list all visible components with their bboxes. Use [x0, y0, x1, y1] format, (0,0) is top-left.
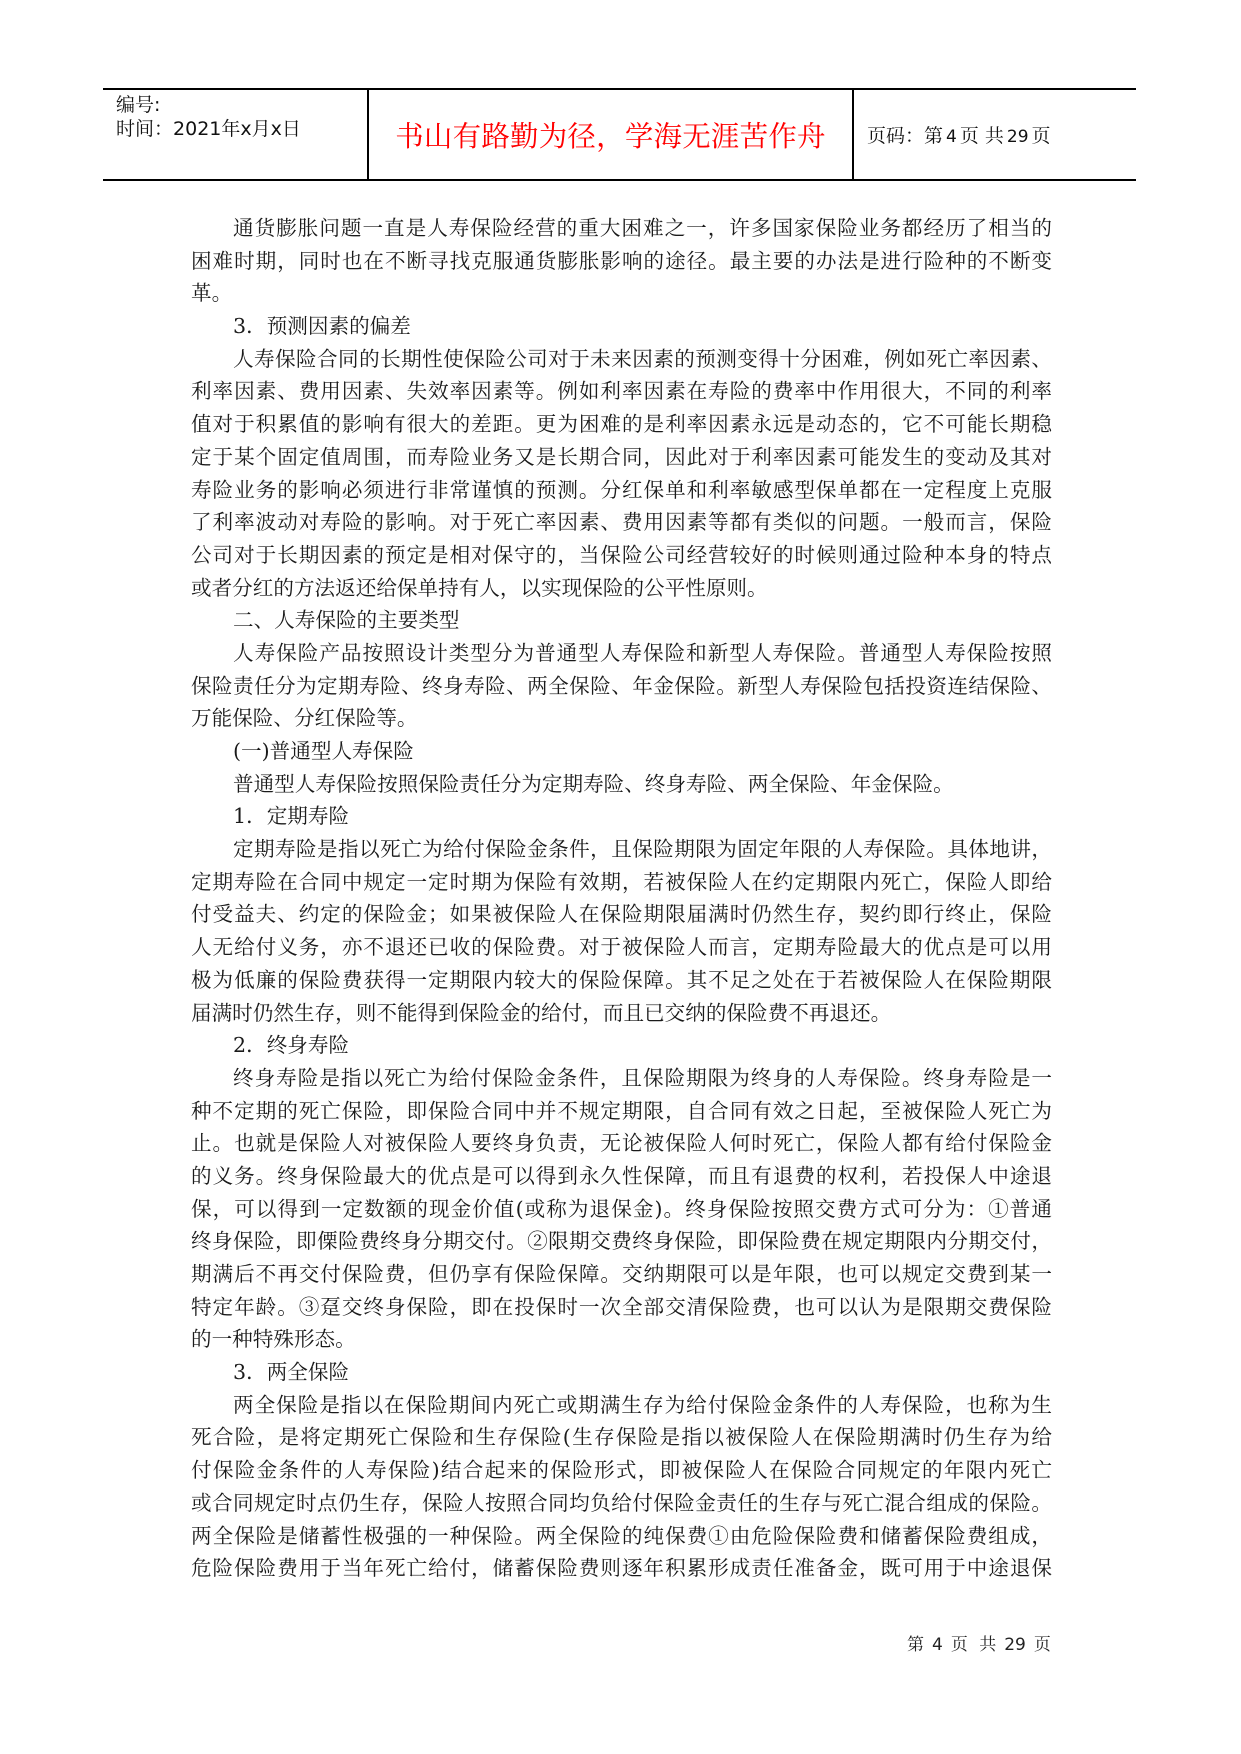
text-line: 极为低廉的保险费获得一定期限内较大的保险保障。其不足之处在于若被保险人在保险期限	[191, 964, 1052, 997]
footer-mid: 页 共	[947, 1635, 1000, 1655]
time-value: 2021年x月x日	[173, 118, 301, 140]
text-line: 普通型人寿保险按照保险责任分为定期寿险、终身寿险、两全保险、年金保险。	[191, 768, 1052, 801]
text-line: 两全保险是指以在保险期间内死亡或期满生存为给付保险金条件的人寿保险，也称为生	[191, 1389, 1052, 1422]
text-line: 人寿保险产品按照设计类型分为普通型人寿保险和新型人寿保险。普通型人寿保险按照	[191, 637, 1052, 670]
text-line: 3．两全保险	[191, 1356, 1052, 1389]
footer-total: 29	[1000, 1635, 1030, 1655]
text-line: 保险责任分为定期寿险、终身寿险、两全保险、年金保险。新型人寿保险包括投资连结保险…	[191, 670, 1052, 703]
text-line: 的一种特殊形态。	[191, 1323, 1052, 1356]
text-line: 公司对于长期因素的预定是相对保守的，当保险公司经营较好的时候则通过险种本身的特点	[191, 539, 1052, 572]
document-header: 编号: 时间：2021年x月x日 书山有路勤为径，学海无涯苦作舟 页码：第4页 …	[103, 88, 1136, 181]
text-line: (一)普通型人寿保险	[191, 735, 1052, 768]
text-line: 的义务。终身保险最大的优点是可以得到永久性保障，而且有退费的权利，若投保人中途退	[191, 1160, 1052, 1193]
text-line: 死合险，是将定期死亡保险和生存保险(生存保险是指以被保险人在保险期满时仍生存为给	[191, 1421, 1052, 1454]
text-line: 种不定期的死亡保险，即保险合同中并不规定期限，自合同有效之日起，至被保险人死亡为	[191, 1095, 1052, 1128]
page-total: 29	[1004, 127, 1032, 147]
text-line: 期满后不再交付保险费，但仍享有保险保障。交纳期限可以是年限，也可以规定交费到某一	[191, 1258, 1052, 1291]
text-line: 两全保险是储蓄性极强的一种保险。两全保险的纯保费①由危险保险费和储蓄保险费组成，	[191, 1520, 1052, 1553]
time-row: 时间：2021年x月x日	[116, 117, 367, 141]
text-line: 特定年龄。③趸交终身保险，即在投保时一次全部交清保险费，也可以认为是限期交费保险	[191, 1291, 1052, 1324]
page-prefix: 页码：第	[867, 125, 943, 147]
text-line: 2．终身寿险	[191, 1029, 1052, 1062]
page-current: 4	[943, 127, 960, 147]
header-page-number: 页码：第4页 共29页	[867, 121, 1051, 148]
text-line: 寿险业务的影响必须进行非常谨慎的预测。分红保单和利率敏感型保单都在一定程度上克服	[191, 474, 1052, 507]
text-line: 利率因素、费用因素、失效率因素等。例如利率因素在寿险的费率中作用很大，不同的利率	[191, 375, 1052, 408]
text-line: 革。	[191, 277, 1052, 310]
text-line: 保，可以得到一定数额的现金价值(或称为退保金)。终身保险按照交费方式可分为：①普…	[191, 1193, 1052, 1226]
footer-suffix: 页	[1030, 1635, 1055, 1655]
text-line: 万能保险、分红保险等。	[191, 702, 1052, 735]
serial-number-row: 编号:	[116, 93, 367, 117]
text-line: 或合同规定时点仍生存，保险人按照合同均负给付保险金责任的生存与死亡混合组成的保险…	[191, 1487, 1052, 1520]
page-suffix: 页	[1032, 125, 1051, 147]
text-line: 届满时仍然生存，则不能得到保险金的给付，而且已交纳的保险费不再退还。	[191, 997, 1052, 1030]
text-line: 人寿保险合同的长期性使保险公司对于未来因素的预测变得十分困难，例如死亡率因素、	[191, 343, 1052, 376]
time-label: 时间：	[116, 118, 173, 140]
header-motto-cell: 书山有路勤为径，学海无涯苦作舟	[367, 90, 854, 179]
text-line: 通货膨胀问题一直是人寿保险经营的重大困难之一，许多国家保险业务都经历了相当的	[191, 212, 1052, 245]
text-line: 终身寿险是指以死亡为给付保险金条件，且保险期限为终身的人寿保险。终身寿险是一	[191, 1062, 1052, 1095]
text-line: 付受益夫、约定的保险金；如果被保险人在保险期限届满时仍然生存，契约即行终止，保险	[191, 898, 1052, 931]
text-line: 困难时期，同时也在不断寻找克服通货膨胀影响的途径。最主要的办法是进行险种的不断变	[191, 245, 1052, 278]
footer-prefix: 第	[903, 1635, 928, 1655]
text-line: 终身保险，即傈险费终身分期交付。②限期交费终身保险，即保险费在规定期限内分期交付…	[191, 1225, 1052, 1258]
header-meta-cell: 编号: 时间：2021年x月x日	[103, 90, 367, 179]
page-mid: 页 共	[960, 125, 1004, 147]
text-line: 定期寿险是指以死亡为给付保险金条件，且保险期限为固定年限的人寿保险。具体地讲，	[191, 833, 1052, 866]
text-line: 止。也就是保险人对被保险人要终身负责，无论被保险人何时死亡，保险人都有给付保险金	[191, 1127, 1052, 1160]
document-body: 通货膨胀问题一直是人寿保险经营的重大困难之一，许多国家保险业务都经历了相当的困难…	[191, 212, 1052, 1585]
serial-number-label: 编号:	[116, 94, 160, 116]
text-line: 二、人寿保险的主要类型	[191, 604, 1052, 637]
text-line: 付保险金条件的人寿保险)结合起来的保险形式，即被保险人在保险合同规定的年限内死亡	[191, 1454, 1052, 1487]
text-line: 定于某个固定值周围，而寿险业务又是长期合同，因此对于利率因素可能发生的变动及其对	[191, 441, 1052, 474]
text-line: 或者分红的方法返还给保单持有人，以实现保险的公平性原则。	[191, 572, 1052, 605]
header-page-cell: 页码：第4页 共29页	[854, 90, 1136, 179]
text-line: 定期寿险在合同中规定一定时期为保险有效期，若被保险人在约定期限内死亡，保险人即给	[191, 866, 1052, 899]
text-line: 危险保险费用于当年死亡给付，储蓄保险费则逐年积累形成责任准备金，既可用于中途退保	[191, 1552, 1052, 1585]
text-line: 3．预测因素的偏差	[191, 310, 1052, 343]
text-line: 值对于积累值的影响有很大的差距。更为困难的是利率因素永远是动态的，它不可能长期稳	[191, 408, 1052, 441]
page-footer: 第4页 共29页	[903, 1630, 1053, 1655]
text-line: 1．定期寿险	[191, 800, 1052, 833]
footer-current: 4	[928, 1635, 947, 1655]
motto-text: 书山有路勤为径，学海无涯苦作舟	[395, 114, 826, 155]
text-line: 人无给付义务，亦不退还已收的保险费。对于被保险人而言，定期寿险最大的优点是可以用	[191, 931, 1052, 964]
text-line: 了利率波动对寿险的影响。对于死亡率因素、费用因素等都有类似的问题。一般而言，保险	[191, 506, 1052, 539]
